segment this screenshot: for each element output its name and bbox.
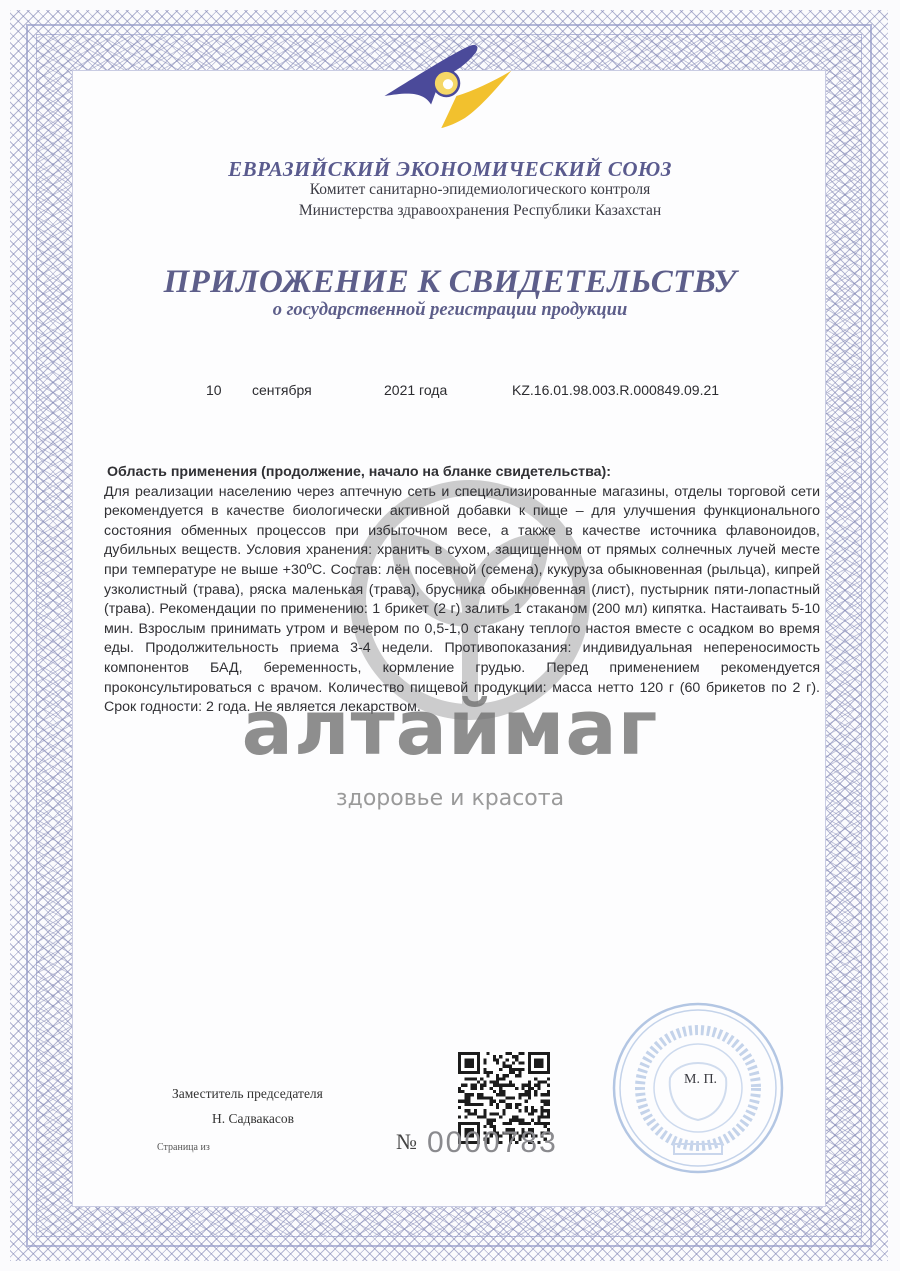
eaeu-emblem-icon [368, 30, 528, 140]
signer-name: Н. Садвакасов [212, 1111, 294, 1127]
stamp-label: М. П. [684, 1072, 717, 1088]
document-title: ПРИЛОЖЕНИЕ К СВИДЕТЕЛЬСТВУ [0, 264, 900, 301]
serial-value: 0000783 [427, 1126, 558, 1159]
document-subtitle: о государственной регистрации продукции [0, 300, 900, 321]
scope-section: Область применения (продолжение, начало … [104, 463, 820, 718]
date-year: 2021 года [384, 382, 447, 398]
scope-heading: Область применения (продолжение, начало … [104, 463, 820, 483]
committee-line-1: Комитет санитарно-эпидемиологического ко… [0, 179, 900, 200]
date-month: сентября [252, 382, 312, 398]
watermark-brand: алтаймаг [0, 683, 900, 773]
official-seal-icon [608, 998, 788, 1178]
date-day: 10 [206, 382, 222, 398]
committee-name: Комитет санитарно-эпидемиологического ко… [0, 179, 900, 221]
registration-number: KZ.16.01.98.003.R.000849.09.21 [512, 382, 719, 398]
page-label: Страница из [157, 1142, 210, 1153]
signer-role: Заместитель председателя [172, 1086, 323, 1102]
serial-number: №0000783 [396, 1126, 558, 1160]
number-sign: № [396, 1129, 417, 1154]
watermark-tagline: здоровье и красота [0, 786, 900, 811]
committee-line-2: Министерства здравоохранения Республики … [0, 200, 900, 221]
scope-body: Для реализации населению через аптечную … [104, 484, 820, 716]
